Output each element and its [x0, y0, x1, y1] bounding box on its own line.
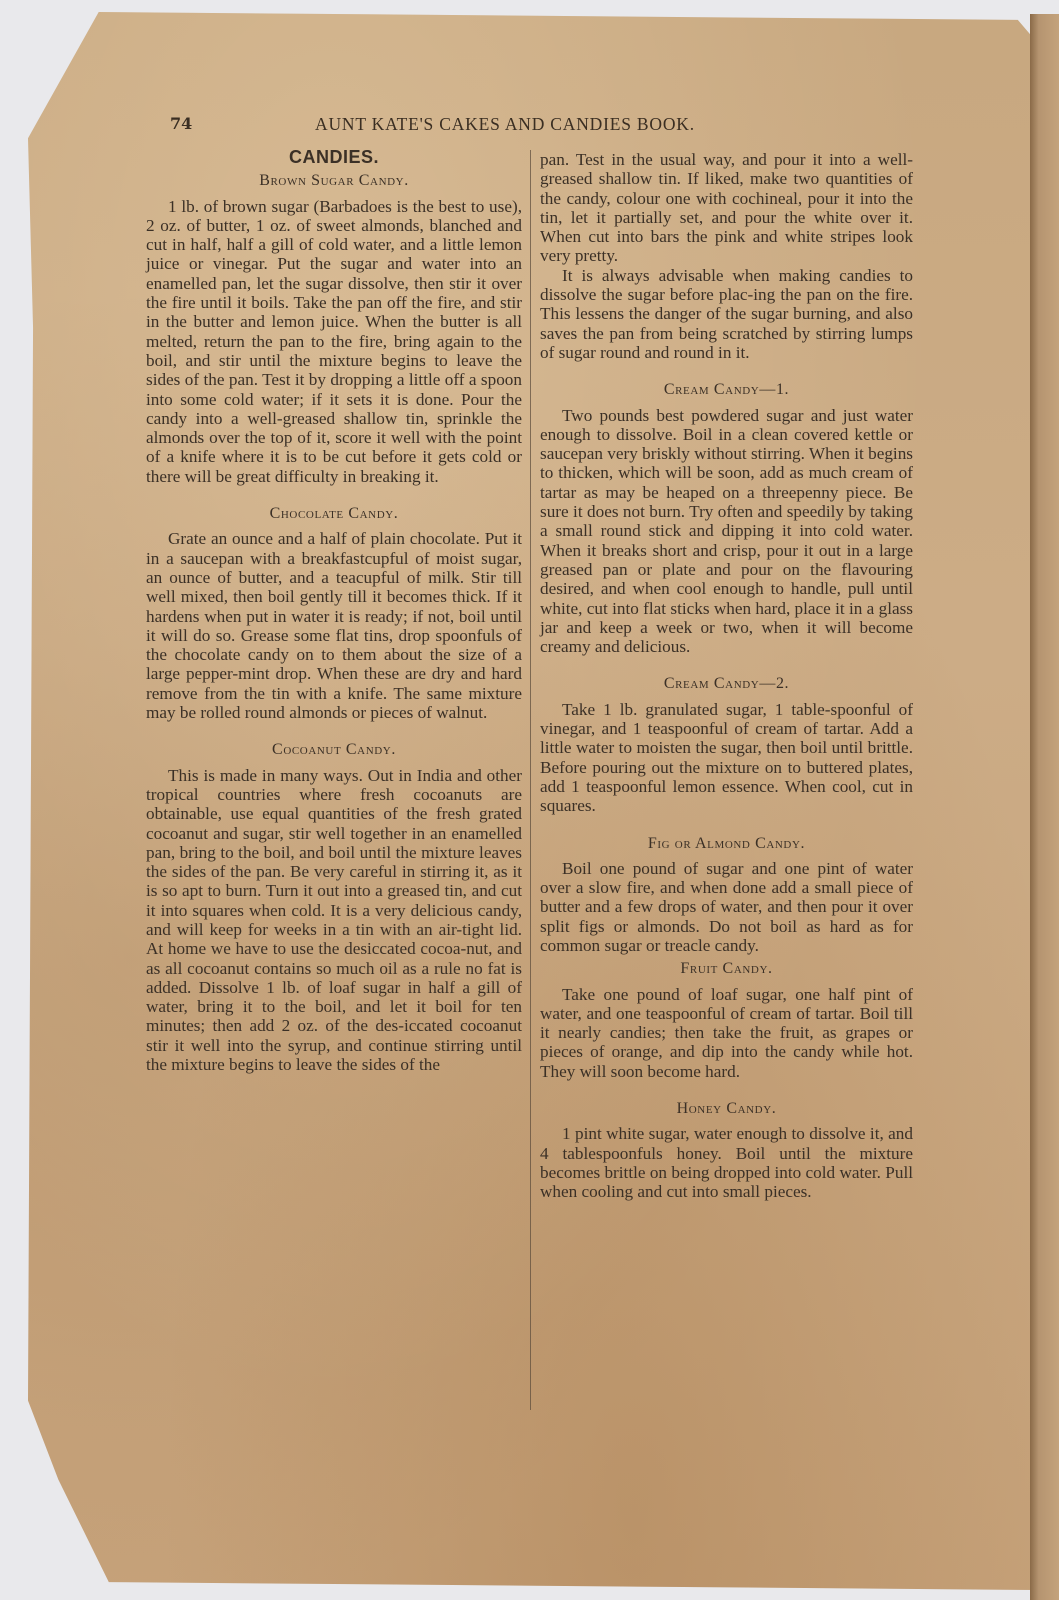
recipe-body-honey-candy: 1 pint white sugar, water enough to diss… — [540, 1124, 913, 1201]
recipe-title-fig-almond-candy: Fig or Almond Candy. — [540, 834, 913, 853]
recipe-title-brown-sugar-candy: Brown Sugar Candy. — [146, 171, 522, 190]
recipe-body-chocolate-candy: Grate an ounce and a half of plain choco… — [146, 529, 522, 722]
recipe-title-chocolate-candy: Chocolate Candy. — [146, 504, 522, 523]
recipe-body-cocoanut-candy: This is made in many ways. Out in India … — [146, 766, 522, 1075]
section-title: CANDIES. — [146, 148, 522, 167]
recipe-title-fruit-candy: Fruit Candy. — [540, 959, 913, 978]
column-divider — [530, 150, 531, 1410]
recipe-title-cocoanut-candy: Cocoanut Candy. — [146, 740, 522, 759]
recipe-body-fig-almond-candy: Boil one pound of sugar and one pint of … — [540, 859, 913, 955]
recipe-body-fruit-candy: Take one pound of loaf sugar, one half p… — [540, 985, 913, 1081]
candy-making-advice: It is always advisable when making candi… — [540, 266, 913, 362]
recipe-title-cream-candy-1: Cream Candy—1. — [540, 380, 913, 399]
book-spine-edge — [1030, 14, 1059, 1600]
left-column: CANDIES. Brown Sugar Candy. 1 lb. of bro… — [146, 148, 522, 1074]
recipe-title-honey-candy: Honey Candy. — [540, 1099, 913, 1118]
page-header: 74 AUNT KATE'S CAKES AND CANDIES BOOK. — [0, 114, 1059, 138]
recipe-body-cream-candy-2: Take 1 lb. granulated sugar, 1 table-spo… — [540, 700, 913, 816]
running-title: AUNT KATE'S CAKES AND CANDIES BOOK. — [315, 114, 695, 135]
page-number: 74 — [170, 114, 192, 133]
right-column: pan. Test in the usual way, and pour it … — [540, 150, 913, 1202]
cocoanut-candy-continuation: pan. Test in the usual way, and pour it … — [540, 150, 913, 266]
recipe-body-brown-sugar-candy: 1 lb. of brown sugar (Barbadoes is the b… — [146, 197, 522, 486]
recipe-body-cream-candy-1: Two pounds best powdered sugar and just … — [540, 406, 913, 657]
recipe-title-cream-candy-2: Cream Candy—2. — [540, 674, 913, 693]
